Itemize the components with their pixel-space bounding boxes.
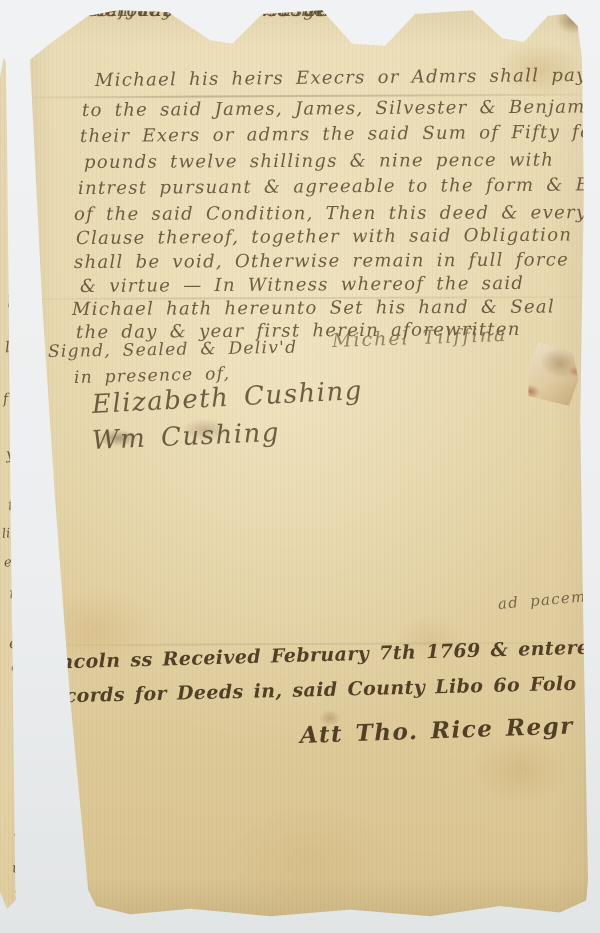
margin-fragment: nel [13,885,36,902]
deed-page: Michael his heirs Execrs or Admrs shall … [0,0,600,933]
edge-shading [0,0,600,933]
margin-fragment: y [5,445,15,464]
margin-fragment: uid [11,859,35,877]
acknowledgment-line: aforewritten Instrument to be his act [0,0,412,21]
margin-fragment: l [6,293,12,311]
document-scan: m l ll ful y t lina eri n el or y — uid … [0,0,600,933]
margin-fragment: ll [4,338,15,357]
margin-fragment: el [8,634,23,653]
margin-fragment: y [13,818,23,837]
margin-fragment: n [8,584,19,603]
margin-fragment: eri [3,554,22,570]
acknowledgment-line: Lincoln ss. Jany 6th AD. 1758, Then [0,0,401,21]
margin-fragment: — [15,842,31,861]
margin-fragment: lina [2,525,27,542]
acknowledgment-line: & Deed before me Wm Cushing Just. [0,0,409,21]
margin-fragment: or [10,660,25,676]
margin-fragment: t [7,496,14,514]
margin-fragment: m [9,248,24,267]
margin-fragment: ful [2,390,22,407]
